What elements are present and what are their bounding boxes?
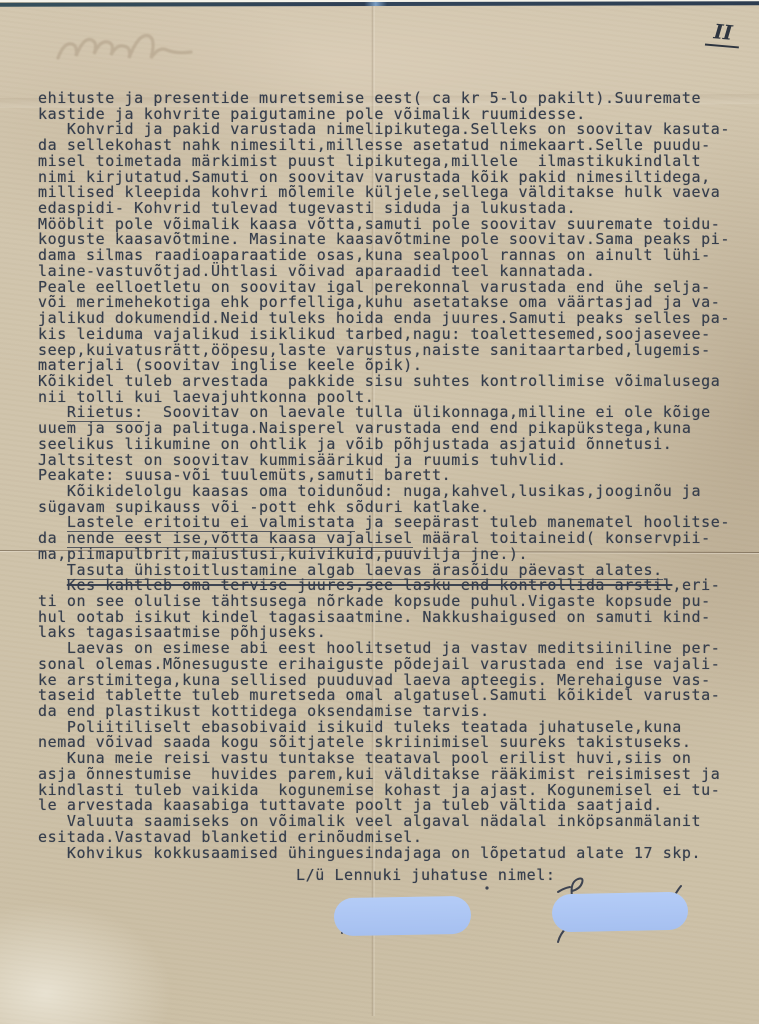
pen-stroke-mark xyxy=(483,884,491,892)
signature-closing-line: L/ü Lennuki juhatuse nimel: xyxy=(296,866,556,884)
page-number: II xyxy=(705,19,741,49)
scan-top-dark-edge xyxy=(0,1,759,7)
faint-pencil-handwriting xyxy=(52,24,242,72)
body-line: Kohvikus kokkusaamised ühinguesindajaga … xyxy=(38,846,738,862)
scanned-document-page: II ehituste ja presentide muretsemise ee… xyxy=(0,0,759,1024)
signature-redaction-right xyxy=(552,892,689,933)
signature-redaction-left xyxy=(334,896,472,936)
body-text: ehituste ja presentide muretsemise eest(… xyxy=(38,91,738,861)
